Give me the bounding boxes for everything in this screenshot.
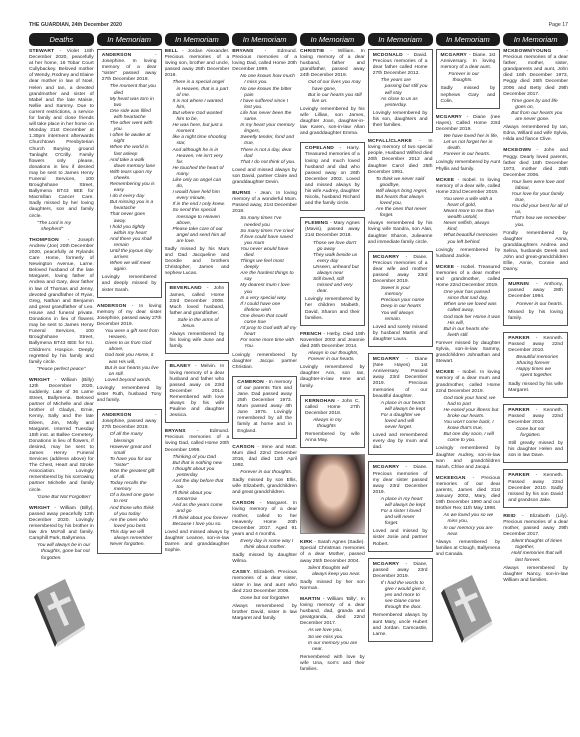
verse-line: And take a walk down memory lane [110,158,157,170]
verse-line: Forever in our thoughts. [449,72,496,84]
verse: There is a special angel in Heaven, that… [165,80,230,245]
notice-footer: Loved and remembered every day by mum an… [373,433,428,451]
notice-entry: MCKEE - Isobel. In loving memory of a de… [436,178,501,260]
verse-line: Are the ones that never forget. [376,207,433,219]
verse-line: He touched the heart of many. [173,166,230,178]
deceased-name: MCGARRY [436,115,463,120]
verse-line: But in our hearts you still live on. [308,93,365,105]
verse-line: Today recalls the memory [110,481,157,493]
column-heading: In Memoriam [436,33,501,46]
column-heading: In Memoriam [368,33,433,46]
bible-icon [436,573,496,643]
deceased-name: BRYANS [232,49,253,54]
verse-line: And as the years come and go [173,503,230,515]
verse-line: Your love for your family true, [511,192,568,204]
verse-line: Was the greatest gift of all. [110,469,157,481]
verse-line: For a daughter we loved and will never f… [381,413,428,431]
deceased-name: STEWART [29,49,54,54]
verse: If I had the words to give I would give … [373,581,428,611]
verse: A place in our hearts will always be kep… [373,401,428,431]
deceased-name: BURNS [232,191,250,196]
verse-line: Safe in the arms of Jesus. [178,318,225,330]
deceased-name: ANDERSON [102,53,132,58]
verse-line: Because I love you so. [173,522,230,528]
verse: Forever in our hearts. [508,302,563,308]
verse-line: I'll think about you tomorrow [173,491,230,503]
deceased-name: MARTIN [300,597,320,602]
verse-line: Unseen, unheard but always near [313,265,360,277]
verse-line: I'll think about you forever [173,516,230,522]
verse-line: If I had the words to give I would give … [381,581,428,611]
verse-line: He eased your illness but broke our hear… [444,408,501,420]
column-4: In MemoriamCHRISTIE - William. In loving… [300,33,365,713]
verse: Every day in some way I think about moth… [232,539,297,551]
verse-line: Your lives were love and labour, [511,180,568,192]
notice-entry: CHRISTIE - William. In loving memory of … [300,49,365,137]
verse: A place in my heart will always be keptF… [373,497,428,527]
verse-line: I often lie awake at night [110,133,157,145]
notice-text: - Melvin. In loving memory of a dear hus… [170,364,225,418]
verse-line: No one knows how much I miss you. [240,74,297,86]
notice-footer: Sadly missed by his wife Margaret. [508,382,563,394]
notice-entry: BEVERLAND - John James, called Home 23rd… [165,282,230,354]
verse-line: The moment that you died [110,84,157,96]
deceased-name: WRIGHT [29,506,50,511]
verse-line: Still loved, still missed and very dear. [313,277,360,295]
notice-footer: Always remembered by families at Clough,… [436,540,501,558]
verse-line: Those we love don't go away [313,241,360,253]
verse-line: There is not a day, dear dad [240,148,297,160]
deceased-name: BEVERLAND [170,286,202,291]
deceased-name: FLEMING [305,221,328,226]
verse-line: He was here, but just a moment [173,123,230,135]
notice-entry: COPELAND - Harry. Treasured memories of … [300,142,365,211]
portrait-photo [300,454,365,534]
masthead: THE GUARDIAN, 24th December 2020 Page 17 [29,22,568,32]
verse: Out of our lives you may have gone,But i… [300,80,365,104]
notice-footer: Sadly missed by son Ellis, wife Elizabet… [232,478,297,496]
notice-footer: Still greatly missed by his daughter Hel… [508,441,563,459]
notice-entry: THOMPSON - Joseph Andrew (Joe) 20th Dece… [29,238,94,373]
deceased-name: ANDERSON [102,413,132,418]
notice-entry: KERNOHAN - John C, called Home 27th Dece… [300,395,365,449]
verse-line: You were a gift sent from Heaven, [105,329,162,341]
verse-line: Are the ones who loved you best. [110,518,157,530]
notice-entry: PARKER - Kenneth. Passed away 22nd Decem… [503,404,568,464]
verse-line: So many times I've needed you [240,216,297,228]
deceased-name: PARKER [508,408,530,413]
verse: We have loved her in life,Let us not for… [436,134,501,158]
deceased-name: MCFALL/CLARKE [368,139,412,144]
column-2: In MemoriamBELL - Jordan Alexander. Prec… [165,33,230,713]
deceased-name: REID [503,514,516,519]
verse: Beautiful memoriesSharing foreverHappy t… [508,355,563,379]
notice-entry: MCGARRY - Diane. 1st Anniversary. In lov… [436,49,501,109]
verse-line: So send this special message to Heaven a… [173,208,230,226]
verse-line: Silent thoughts will always keep you nea… [308,566,365,578]
column-6: In MemoriamMCGARRY - Diane. 1st Annivers… [436,33,501,713]
notice-footer: Always remembered by daughter Nancy, son… [503,566,568,584]
notice-footer: Lovingly remembered by daughter Audrey, … [436,446,501,470]
notice-text: - Joseph Andrew (Joe) 20th December 2020… [29,238,94,365]
verse-line: In our memory you are near. [444,526,501,538]
notice-footer: Lovingly remembered by husband Jackie. [436,248,501,260]
verse: Gone but not forgotten [232,596,297,602]
verse-line: If I could have one lifetime wish [240,302,297,314]
verse-line: Life has never been the same. [240,111,297,123]
notice-footer: Always remembered by his loving wife San… [368,221,433,245]
deceased-name: KERNOHAN [305,399,335,404]
deceased-name: FRENCH [300,332,322,337]
verse: As we loved you so we miss you,In our me… [436,513,501,537]
verse-line: Every day in some way I think about moth… [240,539,297,551]
verse-line: It is not where I wanted him, [173,99,230,111]
verse-line: God took her Home it was His will, [444,315,501,327]
verse: 'Gone But Not Forgotten' [29,495,94,501]
notice-footer: Loved and sorely missed by husband Marti… [373,325,428,343]
verse-line: But that is nothing new [173,461,230,467]
notice-entry: MCKEEGAN - Precious memories of our dear… [436,476,501,558]
deceased-name: MCGARRY [441,53,468,58]
verse: You were a gift sent from Heaven,Given t… [97,329,162,384]
verse-line: But hearts that always loved you, [376,195,433,207]
column-7: In MemoriamMCKEOWN/YOUNG - Precious memo… [503,33,568,713]
verse-line: I hold you tightly within my heart [110,225,157,237]
verse-line: That's how we remember you. [511,216,568,228]
deceased-name: CAMERON [237,380,264,385]
verse: As we love you,So we miss you.In our mem… [300,628,365,652]
notice-footer: Always remembered by Ian, Edna, Willard … [503,125,568,143]
notice-footer: Always remembered by brother David, sist… [232,604,297,622]
notice-footer: Lovingly remembered by daughter Jacqui p… [232,353,297,371]
verse-line: Forever in our thoughts. [240,470,297,476]
notice-text: - In loving memory of two special people… [368,139,433,174]
verse: One year has passed since that sad day,W… [436,290,501,339]
verse-line: Happy times we spent together. [516,367,563,379]
verse-line: You will always be in our thoughts, gone… [37,543,94,561]
notice-entry: ANDERSON - Josephine, passed away 27th D… [97,409,162,554]
columns-container: DeathsSTEWART - Violet 18th December 202… [29,33,568,713]
deceased-name: THOMPSON [29,238,59,243]
verse-line: If love could have saved you mum [240,235,297,247]
deceased-name: MCGARRY [373,255,400,260]
verse-line: In my heart your memory lingers, [240,123,297,135]
notice-footer: Forever missed by daughter Sylvia, son-i… [436,341,501,365]
verse-line: One side was filled with heartache [110,109,157,121]
deceased-name: CASEY [232,570,250,575]
deceased-name: PARKER [508,473,530,478]
verse-line: I'd pray to God with all my heart [240,326,297,338]
notice-entry: MCKEE - Isobel. Treasured memories of a … [436,265,501,366]
verse-line: And those who think of you today [110,506,157,518]
notice-text: - Precious memories of our dear parents,… [436,476,501,511]
verse: You will always be in our thoughts, gone… [29,543,94,561]
notice-entry: CARSON - Margaret. In loving memory of a… [232,501,297,565]
verse: Always in my thoughts [305,418,360,430]
verse-line: God took your hand, we had to part [444,396,501,408]
verse-line: And the day before that too [173,479,230,491]
verse-line: But missing you is a heartache [110,200,157,212]
verse-line: To have you for our "sister" [110,457,157,469]
deceased-name: PARKER [508,336,530,341]
notice-entry: MCGARRY - Diane. Precious memories of my… [368,461,433,551]
notice-footer: Lovingly remembered by her children Maib… [305,297,360,321]
verse-line: But where God wanted him to be, [173,111,230,123]
notice-text: - William (Billy), passed away peacefull… [29,506,94,541]
column-0: DeathsSTEWART - Violet 18th December 202… [29,33,94,713]
verse-line: You won't come back, I know that's true, [444,420,501,432]
notice-entry: MCGARRY - Diane (Nee Hayes) 1st Annivers… [368,353,433,455]
notice-entry: ANDERSON - Josephine. In loving memory o… [97,49,162,298]
bible-icon [29,577,89,647]
verse-line: Sweet is your memory [381,286,428,298]
notice-footer: Lovingly remembered by his wife Lillian,… [300,107,365,137]
notice-footer: Loved and missed always by daughter Lean… [165,530,230,554]
verse: Time goes by and life goes on,But from o… [503,99,568,123]
verse-line: Silent thoughts of times together, [511,539,568,551]
column-3: In MemoriamBRYANS - Edmund. Precious mem… [232,33,297,713]
verse-line: like a night time shooting star, [173,135,230,147]
notice-entry: MCGARRY - Diane, passed away 23rd Decemb… [368,558,433,642]
notice-footer: Sadly missed by her son Norman. [300,580,365,592]
column-heading: In Memoriam [503,33,568,46]
verse-line: Things we feel most deeply [240,259,297,271]
notice-footer: Loved and missed by sister Josie and par… [373,529,428,547]
notice-footer: Sadly missed by nephews Gary and Colin. [441,86,496,104]
notice-footer: Lovingly remembered by his son, daughter… [373,111,428,129]
notice-footer: Missed by his loving family. [508,310,563,322]
verse-line: Never forgotten. [110,542,157,548]
notice-entry: MCKEE - Isobel. In loving memory of a de… [436,370,501,471]
verse-line: And there you shall remain [110,237,157,249]
verse: "Peace perfect peace" [29,367,94,373]
verse: No one knows how much I miss you.No one … [232,74,297,165]
verse-line: You did your best for all of us, [511,204,568,216]
verse-line: Of all the many blessings [110,432,157,444]
verse-line: Like only an angel can do, [173,178,230,190]
notice-entry: BRYANS - Edmund. Precious memories of a … [232,49,297,186]
deceased-name: BRYANS [165,429,186,434]
deceased-name: MCKEEGAN [436,476,466,481]
column-heading: In Memoriam [165,33,230,46]
notice-text: - Diane (Nee Hayes) 1st Anniversary. Pas… [373,357,428,399]
verse: Forever in our thoughts. [441,72,496,84]
verse-line: "The Lord is my shepherd" [37,221,94,233]
verse-line: Please take care of our angel and send h… [173,227,230,245]
notice-entry: MARTIN - William 'Billy'. In loving memo… [300,597,365,673]
notice-text: - Precious memories of a dear father, mo… [503,49,568,97]
deceased-name: CHRISTIE [300,49,324,54]
notice-entry: WRIGHT - William (Billy), passed away pe… [29,506,94,562]
verse: Forever in our thoughts. [232,470,297,476]
verse-line: Deep in our hearts [381,304,428,310]
column-heading: In Memoriam [232,33,297,46]
column-5: In MemoriamMCDONALD - David. Precious me… [368,33,433,713]
notice-entry: CASEY. Elizabeth. Precious memories of a… [232,570,297,622]
notice-footer: Always remembered by his loving wife Jun… [170,332,225,350]
verse-line: Gone but not forgotten [240,596,297,602]
notice-footer: Lovingly remembered by sister Ruth, husb… [97,386,162,404]
deceased-name: MCKEOWN [503,148,531,153]
verse-line: Until the joyous day arrives [110,249,157,261]
notice-footer: Lovingly remembered and deeply missed by… [102,275,157,293]
notice-entry: KIRK - Sarah Agnes (Sadie). Special Chri… [300,454,365,592]
deceased-name: MCKEOWN/YOUNG [503,49,551,54]
verse-line: Hold memories that will last forever. [511,551,568,563]
deceased-name: COPELAND [305,146,334,151]
verse-line: Forever in our hearts. [516,302,563,308]
deceased-name: MCGARRY [373,465,400,470]
notice-entry: FRENCH - Herby. Died 19th November 2002 … [300,332,365,390]
verse-line: Loved beyond words. [105,378,162,384]
verse-line: To think we never said goodbye, [376,177,433,189]
verse-line: Meant more to me than wealth untold, [444,209,501,221]
notice-entry: FLEMING - Mary Agnes (Mavis), passed awa… [300,217,365,326]
verse-line: Let us not forget her in death. [444,140,501,152]
verse-line: But from our hearts you are never gone. [511,111,568,123]
verse-line: One dream that could come true [240,314,297,326]
notice-entry: ANDERSON - In loving memory of my dear s… [97,304,162,405]
verse-line: I have suffered since I lost you. [240,99,297,111]
verse-line: My heart was torn in two [110,97,157,109]
verse: You were a wife with a heart of gold,Mea… [436,197,501,246]
notice-text: - William (Billy) 12th December 2020, su… [29,378,94,493]
notice-footer: Remembered by wife Anna May. [305,432,360,444]
verse-line: There is a special angel in Heaven, that… [173,80,230,98]
notice-entry: STEWART - Violet 18th December 2020, pea… [29,49,94,233]
notice-text: - Violet 18th December 2020, peacefully … [29,49,94,219]
notice-entry: BELL - Jordan Alexander. Precious memori… [165,49,230,277]
deceased-name: CARSON [232,501,254,506]
notice-text: - Margaret. In loving memory of a dear m… [232,501,297,536]
verse-line: "Peace perfect peace" [37,367,94,373]
verse-line: That never goes away. [110,212,157,224]
verse-line: However great and small [110,445,157,457]
verse-line: For some more time with You. [240,338,297,350]
verse-line: Sweetly tender, fond and true, [240,135,297,147]
column-heading: In Memoriam [300,33,365,46]
notice-entry: REID - Elizabeth (Lily). Precious memori… [503,514,568,584]
notice-entry: MCKEOWN/YOUNG - Precious memories of a d… [503,49,568,143]
verse-line: But in our hearts she liveth still. [444,327,501,339]
verse: Those we love don't go awayThey walk bes… [305,241,360,296]
verse: The years are passing but still you will… [373,78,428,108]
notice-entry: BURNS - Jean. In loving memory of a wond… [232,191,297,371]
verse: Of all the many blessingsHowever great a… [102,432,157,548]
verse-line: Remembering you is easy [110,182,157,194]
verse: Always in our thoughts,Forever in our he… [300,351,365,363]
verse-line: 'Gone But Not Forgotten' [37,495,94,501]
verse: Silent thoughts of times together,Hold m… [503,539,568,563]
verse-line: I thought about you yesterday [173,467,230,479]
notice-entry: BLANEY - Melvin. In loving memory of a d… [165,360,230,423]
verse: Gone but not forgotten. [508,427,563,439]
column-1: In MemoriamANDERSON - Josephine. In lovi… [97,33,162,713]
verse-line: In our memory you are near. [308,641,365,653]
notice-footer: Remembered always by aunt Mary, uncle Hu… [373,613,428,637]
deceased-name: MCKEE [436,370,455,375]
verse-line: That I do not think of you. [240,160,297,166]
deceased-name: MCGARRY [373,357,400,362]
deceased-name: MURNIN [508,282,529,287]
verse: Safe in the arms of Jesus. [170,318,225,330]
verse-line: My dearest mum I love you [240,283,297,295]
verse-line: So many times I've cried [240,229,297,235]
verse-line: Of a loved one gone to rest [110,493,157,505]
verse-line: This day we will always remember [110,530,157,542]
page-number: Page 17 [549,22,568,32]
deceased-name: WRIGHT [29,378,50,383]
column-heading: Deaths [29,33,94,46]
verse-line: Never selfish, always kind, [444,221,501,233]
verse-line: As close to us as yesterday. [381,97,428,109]
notice-entry: MCFALL/CLARKE - In loving memory of two … [368,139,433,246]
verse-line: A place in our hearts will always be kep… [381,401,428,413]
verse-line: Are the hardest things to say [240,271,297,283]
deceased-name: MCKEE [436,265,455,270]
verse-line: As we loved you so we miss you, [444,513,501,525]
verse-line: When we will meet again. [110,261,157,273]
notice-footer: Loved and missed always by son David, pa… [232,168,297,186]
notice-entry: MURNIN - Anthony, passed away 28th Decem… [503,278,568,326]
verse-line: For a sister I loved and will never forg… [381,509,428,527]
notice-entry: MCKEOWN - John and Peggy. Dearly loved p… [503,148,568,273]
verse-line: Forever in our hearts. [444,152,501,158]
notice-entry: MCGARRY - Diane (nee Hayes). Called Home… [436,115,501,173]
deceased-name: MCGARRY [373,562,400,567]
verse: So many times I've needed youSo many tim… [232,216,297,350]
deceased-name: BLANEY [170,364,191,369]
notice-footer: Fondly remembered by daughter Anna, gran… [503,231,568,274]
verse-line: Gone but not forgotten. [516,427,563,439]
verse: "The Lord is my shepherd" [29,221,94,233]
verse-line: You never would have died. [240,247,297,259]
notice-footer: Lovingly remembered by Aunt Phyllis and … [436,160,501,172]
notice-footer: Lovingly remembered by daughter Ann, son… [300,365,365,389]
notice-entry: CAMERON - In memory of our parents Tom a… [232,376,297,439]
verse: Sweet is your memoryPrecious your nameDe… [373,286,428,323]
verse: Silent thoughts will always keep you nea… [300,566,365,578]
verse-line: Always in my thoughts [313,418,360,430]
verse-line: Forever in our hearts. [308,357,365,363]
notice-entry: MCGARRY - Diane. Precious memories of a … [368,251,433,347]
notice-entry: CARSON - Irene and Matt. Mum died 22nd D… [232,445,297,497]
deceased-name: BELL [165,49,179,54]
verse-line: A place in my heart will always be kept [381,497,428,509]
notice-entry: BRYANS - Edmund. Precious memories of a … [165,429,230,554]
deceased-name: MCDONALD [373,53,403,58]
notice-entry: MCDONALD - David. Precious memories of a… [368,49,433,133]
notice-text: - Harry. Treasured memories of a loving … [305,146,360,206]
deceased-name: MCKEE [436,178,455,183]
notice-footer: Remembered with love by wife Una, son's … [300,655,365,673]
verse: The moment that you diedMy heart was tor… [102,84,157,273]
verse: God took your hand, we had to partHe eas… [436,396,501,445]
verse: To think we never said goodbye,Will alwa… [368,177,433,220]
verse-line: When the world is fast asleep [110,145,157,157]
deceased-name: ANDERSON [97,304,127,309]
verse-line: And although he is in Heaven, He isn't v… [173,148,230,166]
verse-line: Out of our lives you may have gone, [308,80,365,92]
publication-date: THE GUARDIAN, 24th December 2020 [29,22,122,32]
verse-line: You will always remain. [381,311,428,323]
verse-line: You were a wife with a heart of gold, [444,197,501,209]
verse-line: When one we loved was called away, [444,302,501,314]
notice-text: - In memory of our parents Tom and Jane.… [237,380,292,434]
column-heading: In Memoriam [97,33,162,46]
notice-entry: WRIGHT - William (Billy) 12th December 2… [29,378,94,501]
deceased-name: CARSON [232,445,254,450]
